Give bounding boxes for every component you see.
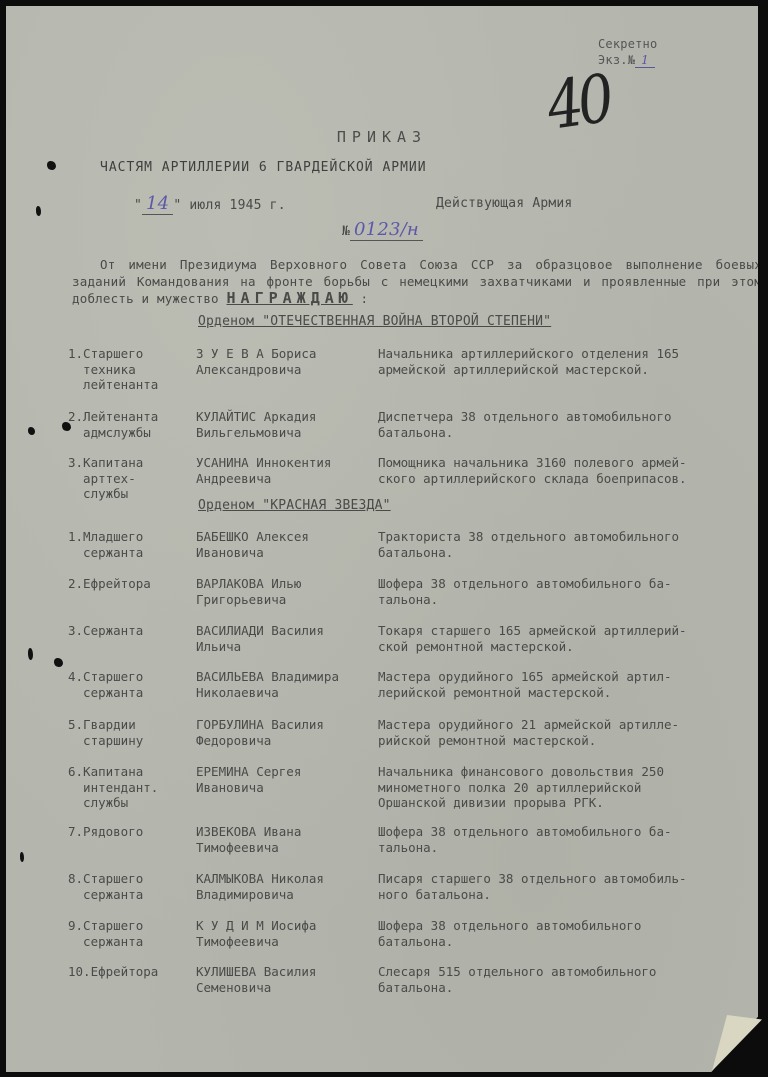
entry-name-line: Ивановича — [196, 545, 376, 561]
section-heading: Орденом "ОТЕЧЕСТВЕННАЯ ВОЙНА ВТОРОЙ СТЕП… — [198, 314, 551, 329]
entry-position-line: Начальника финансового довольствия 250 — [378, 764, 758, 780]
entry-name: ВАРЛАКОВА ИльюГригорьевича — [196, 576, 376, 607]
entry-name-line: Тимофеевича — [196, 934, 376, 950]
entry-name-line: Григорьевича — [196, 592, 376, 608]
entry-position-line: Мастера орудийного 21 армейской артилле- — [378, 717, 758, 733]
entry-name-line: К У Д И М Иосифа — [196, 918, 376, 934]
entry-position: Шофера 38 отдельного автомобильногобатал… — [378, 918, 758, 949]
entry-name-line: Федоровича — [196, 733, 376, 749]
entry-name-line: ВАСИЛЬЕВА Владимира — [196, 669, 376, 685]
entry-position-line: ской ремонтной мастерской. — [378, 639, 758, 655]
punch-hole — [47, 161, 56, 170]
intro-paragraph: От имени Президиума Верховного Совета Со… — [72, 256, 762, 307]
secret-label: Секретно — [598, 36, 657, 52]
intro-text: От имени Президиума Верховного Совета Со… — [72, 257, 762, 306]
entry-position-line: Писаря старшего 38 отдельного автомобиль… — [378, 871, 758, 887]
entry-position-line: батальона. — [378, 545, 758, 561]
entry-position-line: ного батальона. — [378, 887, 758, 903]
entry-position: Слесаря 515 отдельного автомобильногобат… — [378, 964, 758, 995]
entry-name: КУЛАЙТИС АркадияВильгельмовича — [196, 409, 376, 440]
entry-rank: 4.Старшего сержанта — [68, 669, 196, 700]
entry-name: ГОРБУЛИНА ВасилияФедоровича — [196, 717, 376, 748]
entry-name-line: Ильича — [196, 639, 376, 655]
entry-position-line: батальона. — [378, 934, 758, 950]
entry-position-line: батальона. — [378, 425, 758, 441]
entry-rank: 8.Старшего сержанта — [68, 871, 196, 902]
punch-hole — [20, 852, 24, 862]
entry-name-line: Тимофеевича — [196, 840, 376, 856]
entry-position-line: Начальника артиллерийского отделения 165 — [378, 346, 758, 362]
date-month-year: июля 1945 г. — [189, 198, 285, 213]
entry-position: Писаря старшего 38 отдельного автомобиль… — [378, 871, 758, 902]
entry-name-line: КАЛМЫКОВА Николая — [196, 871, 376, 887]
entry-rank: 6.Капитана интендант. службы — [68, 764, 196, 811]
order-prefix: № — [342, 224, 350, 239]
entry-name-line: Александровича — [196, 362, 376, 378]
entry-name-line: Владимировича — [196, 887, 376, 903]
entry-name: З У Е В А БорисаАлександровича — [196, 346, 376, 377]
entry-position: Начальника артиллерийского отделения 165… — [378, 346, 758, 377]
entry-name: ИЗВЕКОВА ИванаТимофеевича — [196, 824, 376, 855]
entry-name-line: Николаевича — [196, 685, 376, 701]
award-word: НАГРАЖДАЮ — [227, 289, 353, 307]
entry-name: К У Д И М ИосифаТимофеевича — [196, 918, 376, 949]
document-title: ПРИКАЗ — [6, 128, 758, 146]
date-day: 14 — [142, 193, 173, 215]
entry-position-line: Шофера 38 отдельного автомобильного ба- — [378, 824, 758, 840]
punch-hole — [28, 648, 33, 660]
entry-position: Токаря старшего 165 армейской артиллерий… — [378, 623, 758, 654]
entry-position-line: Диспетчера 38 отдельного автомобильного — [378, 409, 758, 425]
document-page: Секретно Экз.№1 40 ПРИКАЗ ЧАСТЯМ АРТИЛЛЕ… — [6, 6, 758, 1072]
entry-position: Начальника финансового довольствия 250ми… — [378, 764, 758, 811]
order-date: "14" июля 1945 г. — [134, 193, 286, 214]
punch-hole — [36, 206, 41, 216]
entry-position: Помощника начальника 3160 полевого армей… — [378, 455, 758, 486]
entry-position-line: тальона. — [378, 840, 758, 856]
entry-position-line: рийской ремонтной мастерской. — [378, 733, 758, 749]
entry-position-line: Помощника начальника 3160 полевого армей… — [378, 455, 758, 471]
entry-position: Шофера 38 отдельного автомобильного ба-т… — [378, 576, 758, 607]
entry-name: ЕРЕМИНА СергеяИвановича — [196, 764, 376, 795]
punch-hole — [62, 422, 71, 431]
entry-rank: 3.Капитана арттех- службы — [68, 455, 196, 502]
entry-position-line: Шофера 38 отдельного автомобильного — [378, 918, 758, 934]
copy-number: 1 — [635, 53, 655, 68]
entry-name-line: ИЗВЕКОВА Ивана — [196, 824, 376, 840]
punch-hole — [28, 427, 35, 435]
secrecy-stamp: Секретно Экз.№1 — [598, 36, 657, 68]
section-heading: Орденом "КРАСНАЯ ЗВЕЗДА" — [198, 498, 391, 513]
entry-position: Шофера 38 отдельного автомобильного ба-т… — [378, 824, 758, 855]
entry-rank: 2.Ефрейтора — [68, 576, 196, 592]
entry-name-line: ГОРБУЛИНА Василия — [196, 717, 376, 733]
entry-name: КАЛМЫКОВА НиколаяВладимировича — [196, 871, 376, 902]
entry-name-line: Андреевича — [196, 471, 376, 487]
entry-name-line: УСАНИНА Иннокентия — [196, 455, 376, 471]
entry-name-line: Вильгельмовича — [196, 425, 376, 441]
entry-rank: 2.Лейтенанта адмслужбы — [68, 409, 196, 440]
entry-position: Мастера орудийного 21 армейской артилле-… — [378, 717, 758, 748]
entry-rank: 7.Рядового — [68, 824, 196, 840]
entry-rank: 1.Младшего сержанта — [68, 529, 196, 560]
entry-position-line: Оршанской дивизии прорыва РГК. — [378, 795, 758, 811]
document-subtitle: ЧАСТЯМ АРТИЛЛЕРИИ 6 ГВАРДЕЙСКОЙ АРМИИ — [100, 160, 427, 175]
entry-name: ВАСИЛЬЕВА ВладимираНиколаевича — [196, 669, 376, 700]
entry-name-line: ВАСИЛИАДИ Василия — [196, 623, 376, 639]
entry-position-line: армейской артиллерийской мастерской. — [378, 362, 758, 378]
punch-hole — [54, 658, 63, 667]
entry-name-line: ВАРЛАКОВА Илью — [196, 576, 376, 592]
entry-name-line: КУЛИШЕВА Василия — [196, 964, 376, 980]
entry-position: Мастера орудийного 165 армейской артил-л… — [378, 669, 758, 700]
intro-colon: : — [361, 291, 369, 306]
entry-name: БАБЕШКО АлексеяИвановича — [196, 529, 376, 560]
entry-name-line: Ивановича — [196, 780, 376, 796]
entry-rank: 9.Старшего сержанта — [68, 918, 196, 949]
entry-position: Тракториста 38 отдельного автомобильного… — [378, 529, 758, 560]
entry-position: Диспетчера 38 отдельного автомобильногоб… — [378, 409, 758, 440]
order-number: №0123/н — [342, 219, 423, 240]
entry-position-line: лерийской ремонтной мастерской. — [378, 685, 758, 701]
entry-name: КУЛИШЕВА ВасилияСеменовича — [196, 964, 376, 995]
entry-position-line: Тракториста 38 отдельного автомобильного — [378, 529, 758, 545]
entry-rank: 3.Сержанта — [68, 623, 196, 639]
entry-position-line: Мастера орудийного 165 армейской артил- — [378, 669, 758, 685]
entry-name-line: КУЛАЙТИС Аркадия — [196, 409, 376, 425]
entry-rank: 5.Гвардии старшину — [68, 717, 196, 748]
entry-position-line: Токаря старшего 165 армейской артиллерий… — [378, 623, 758, 639]
entry-position-line: Слесаря 515 отдельного автомобильного — [378, 964, 758, 980]
entry-rank: 10.Ефрейтора — [68, 964, 196, 980]
entry-name: УСАНИНА ИннокентияАндреевича — [196, 455, 376, 486]
entry-position-line: ского артиллерийского склада боеприпасов… — [378, 471, 758, 487]
entry-name-line: З У Е В А Бориса — [196, 346, 376, 362]
entry-position-line: батальона. — [378, 980, 758, 996]
location: Действующая Армия — [436, 196, 572, 211]
order-number-value: 0123/н — [350, 219, 423, 241]
entry-position-line: Шофера 38 отдельного автомобильного ба- — [378, 576, 758, 592]
entry-name-line: ЕРЕМИНА Сергея — [196, 764, 376, 780]
entry-position-line: тальона. — [378, 592, 758, 608]
entry-name: ВАСИЛИАДИ ВасилияИльича — [196, 623, 376, 654]
entry-rank: 1.Старшего техника лейтенанта — [68, 346, 196, 393]
entry-name-line: БАБЕШКО Алексея — [196, 529, 376, 545]
entry-name-line: Семеновича — [196, 980, 376, 996]
entry-position-line: минометного полка 20 артиллерийской — [378, 780, 758, 796]
